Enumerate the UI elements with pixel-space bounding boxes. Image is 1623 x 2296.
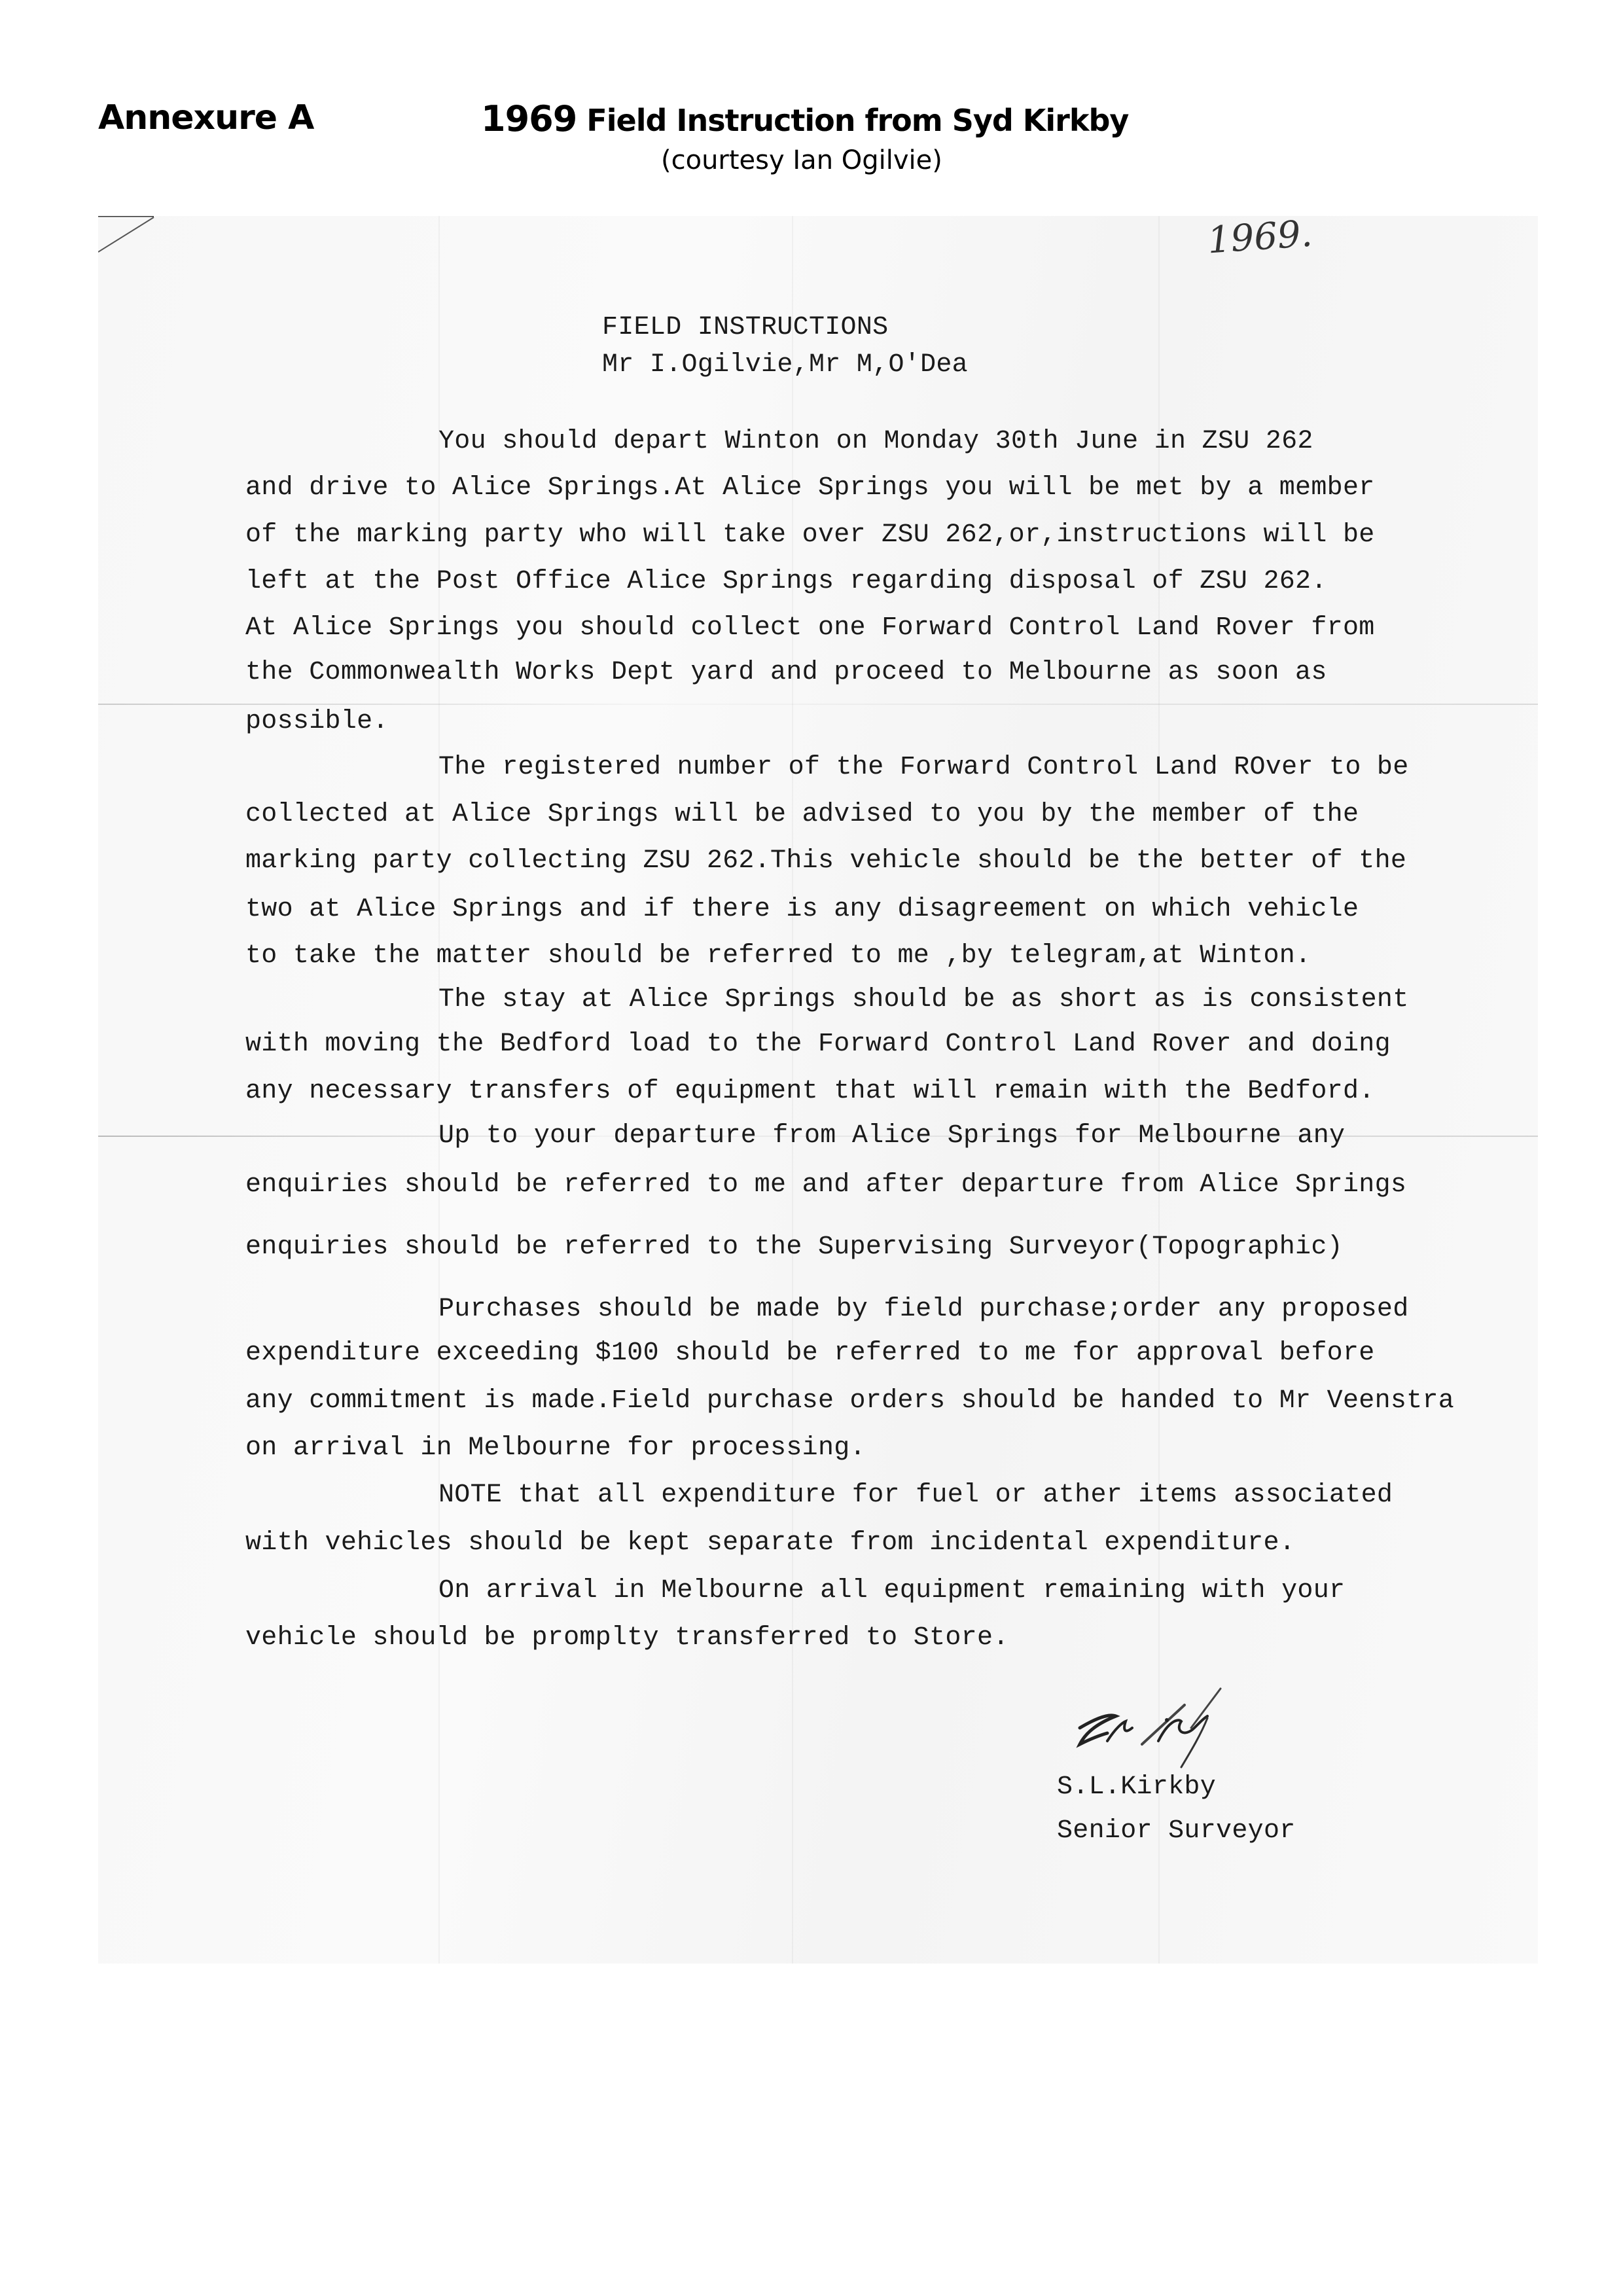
letter-addressees: Mr I.Ogilvie,Mr M,O'Dea (602, 350, 968, 380)
letter-line: on arrival in Melbourne for processing. (245, 1433, 866, 1463)
letter-line: Purchases should be made by field purcha… (438, 1295, 1409, 1324)
handwritten-signature (1060, 1682, 1243, 1774)
letter-line: The registered number of the Forward Con… (438, 753, 1409, 782)
letter-line: vehicle should be promplty transferred t… (245, 1623, 1009, 1653)
letter-line: any commitment is made.Field purchase or… (245, 1386, 1454, 1416)
letter-line: any necessary transfers of equipment tha… (245, 1077, 1375, 1106)
letter-line: left at the Post Office Alice Springs re… (245, 567, 1327, 596)
handwritten-year: 1969. (1206, 212, 1313, 262)
letter-line: enquiries should be referred to me and a… (245, 1170, 1406, 1200)
letter-line: marking party collecting ZSU 262.This ve… (245, 846, 1406, 876)
letter-line: of the marking party who will take over … (245, 520, 1375, 550)
annexure-label: Annexure A (98, 98, 313, 137)
letter-line: enquiries should be referred to the Supe… (245, 1232, 1343, 1262)
letter-line: NOTE that all expenditure for fuel or at… (438, 1480, 1393, 1510)
letter-line: and drive to Alice Springs.At Alice Spri… (245, 473, 1375, 503)
letter-line: You should depart Winton on Monday 30th … (438, 427, 1313, 456)
letter-line: to take the matter should be referred to… (245, 941, 1311, 971)
letter-line: On arrival in Melbourne all equipment re… (438, 1576, 1345, 1605)
folded-corner-mark (98, 216, 177, 262)
title-year: 1969 (481, 98, 577, 139)
letter-line: Up to your departure from Alice Springs … (438, 1121, 1345, 1151)
letter-line: with vehicles should be kept separate fr… (245, 1528, 1295, 1558)
letter-line: possible. (245, 707, 389, 736)
document-title: 1969 Field Instruction from Syd Kirkby (481, 98, 1128, 139)
letter-line: At Alice Springs you should collect one … (245, 613, 1375, 643)
signatory-name: S.L.Kirkby (1057, 1772, 1216, 1802)
letter-line: the Commonwealth Works Dept yard and pro… (245, 658, 1327, 687)
signatory-title: Senior Surveyor (1057, 1816, 1296, 1846)
letter-line: expenditure exceeding $100 should be ref… (245, 1338, 1375, 1368)
title-text: Field Instruction from Syd Kirkby (577, 103, 1128, 138)
letter-heading: FIELD INSTRUCTIONS (602, 313, 888, 342)
letter-line: with moving the Bedford load to the Forw… (245, 1030, 1391, 1059)
letter-line: collected at Alice Springs will be advis… (245, 800, 1359, 829)
courtesy-credit: (courtesy Ian Ogilvie) (661, 145, 942, 175)
letter-line: two at Alice Springs and if there is any… (245, 895, 1359, 924)
letter-line: The stay at Alice Springs should be as s… (438, 985, 1409, 1014)
fold-crease (98, 704, 1538, 705)
